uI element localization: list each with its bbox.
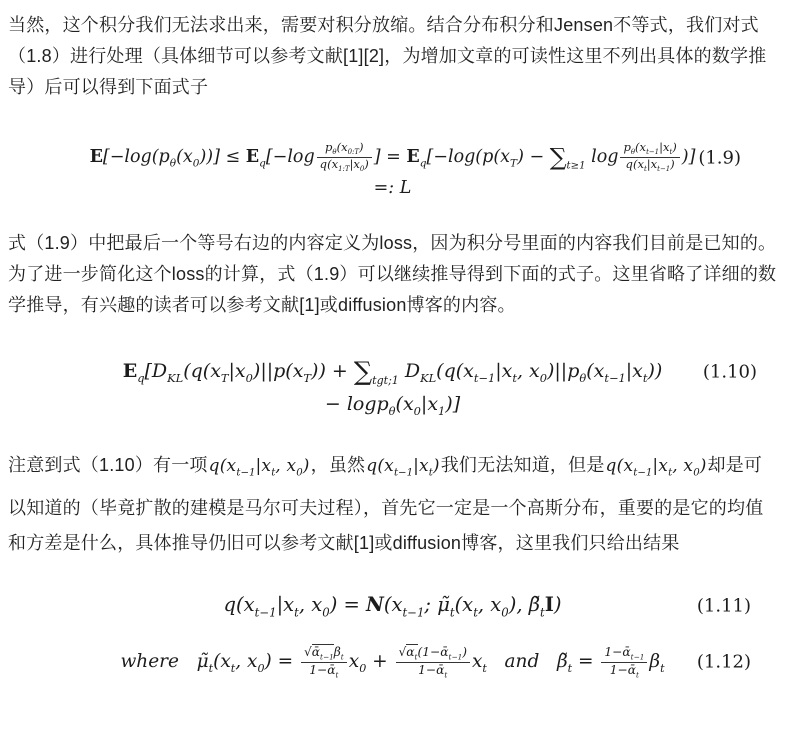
equation-1-10-line-2: − logpθ(x0|x1)] (8, 393, 777, 418)
math-formula-1-12: where μ̃t(xt, x0) = √ᾱt−1βt1−ᾱtx0 + √αt(… (120, 651, 664, 672)
paragraph-posterior-note: 注意到式（1.10）有一项q(xt−1|xt, x0)，虽然q(xt−1|xt)… (8, 448, 777, 561)
equation-1-10-line-1: Eq[DKL(q(xT|x0)||p(xT)) + ∑tgt;1 DKL(q(x… (8, 357, 777, 387)
equation-1-12: where μ̃t(xt, x0) = √ᾱt−1βt1−ᾱtx0 + √αt(… (8, 645, 777, 679)
article-content: 当然，这个积分我们无法求出来，需要对积分放缩。结合分布积分和Jensen不等式，… (0, 0, 785, 730)
equation-1-11: q(xt−1|xt, x0) = N(xt−1; μ̃t(xt, x0), β̃… (8, 593, 777, 619)
equation-number-1-10: (1.10) (703, 362, 757, 383)
equation-number-1-11: (1.11) (697, 596, 751, 617)
equation-1-10: Eq[DKL(q(xT|x0)||p(xT)) + ∑tgt;1 DKL(q(x… (8, 357, 777, 418)
equation-number-1-9: (1.9) (698, 147, 741, 168)
paragraph-loss-definition: 式（1.9）中把最后一个等号右边的内容定义为loss，因为积分号里面的内容我们目… (8, 228, 777, 321)
equation-1-12-line-1: where μ̃t(xt, x0) = √ᾱt−1βt1−ᾱtx0 + √αt(… (8, 645, 777, 679)
paragraph-intro: 当然，这个积分我们无法求出来，需要对积分放缩。结合分布积分和Jensen不等式，… (8, 10, 777, 103)
math-formula-1-9-continued: =: L (374, 178, 412, 198)
math-formula-1-10-continued: − logpθ(x0|x1)] (325, 393, 460, 415)
equation-number-1-12: (1.12) (697, 652, 751, 673)
equation-1-9-line-2: =: L (8, 178, 777, 198)
math-formula-1-11: q(xt−1|xt, x0) = N(xt−1; μ̃t(xt, x0), β̃… (224, 593, 562, 616)
equation-1-9: E[−log(pθ(x0))] ≤ Eq[−logpθ(x0:T)q(x1:T|… (8, 141, 777, 198)
math-formula-1-9: E[−log(pθ(x0))] ≤ Eq[−logpθ(x0:T)q(x1:T|… (90, 147, 696, 167)
math-formula-1-10: Eq[DKL(q(xT|x0)||p(xT)) + ∑tgt;1 DKL(q(x… (123, 360, 663, 382)
equation-1-9-line-1: E[−log(pθ(x0))] ≤ Eq[−logpθ(x0:T)q(x1:T|… (8, 141, 777, 174)
equation-1-11-line-1: q(xt−1|xt, x0) = N(xt−1; μ̃t(xt, x0), β̃… (8, 593, 777, 619)
